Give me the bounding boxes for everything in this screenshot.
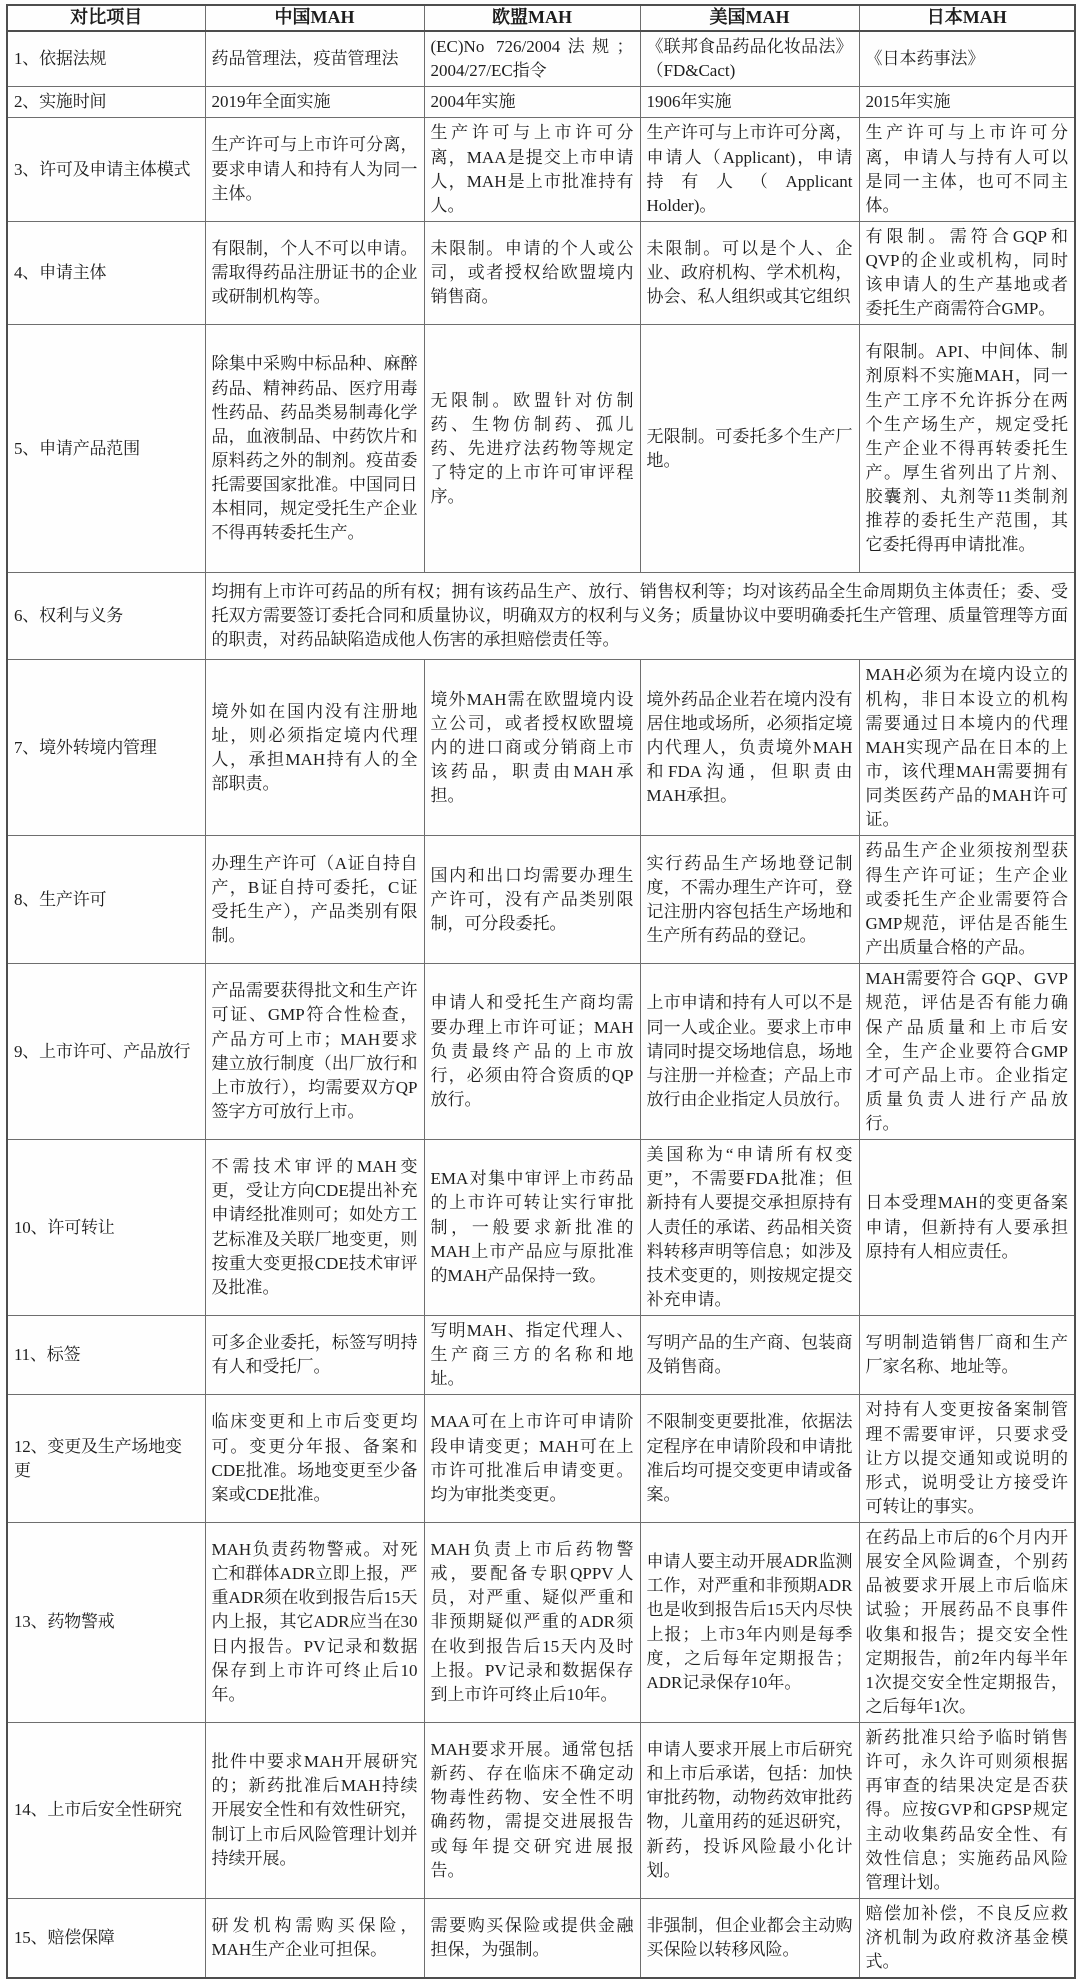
table-row: 13、药物警戒MAH负责药物警戒。对死亡和群体ADR立即上报，严重ADR须在收到… <box>7 1523 1075 1723</box>
cell-eu: 需要购买保险或提供金融担保，为强制。 <box>424 1898 640 1978</box>
cell-eu: 无限制。欧盟针对仿制药、生物仿制药、孤儿药、先进疗法药物等规定了特定的上市许可审… <box>424 325 640 573</box>
cell-japan: 《日本药事法》 <box>859 31 1075 87</box>
cell-china: 办理生产许可（A证自持自产，B证自持可委托，C证受托生产），产品类别有限制。 <box>205 836 424 964</box>
table-row: 9、上市许可、产品放行产品需要获得批文和生产许可证、GMP符合性检查，产品方可上… <box>7 964 1075 1140</box>
item-label: 9、上市许可、产品放行 <box>7 964 205 1140</box>
cell-eu: 写明MAH、指定代理人、生产商三方的名称和地址。 <box>424 1316 640 1395</box>
cell-all-regions: 均拥有上市许可药品的所有权；拥有该药品生产、放行、销售权利等；均对该药品全生命周… <box>205 573 1075 660</box>
cell-us: 境外药品企业若在境内没有居住地或场所，必须指定境内代理人，负责境外MAH和FDA… <box>640 660 859 836</box>
table-row: 14、上市后安全性研究批件中要求MAH开展研究的；新药批准后MAH持续开展安全性… <box>7 1723 1075 1899</box>
cell-china: MAH负责药物警戒。对死亡和群体ADR立即上报，严重ADR须在收到报告后15天内… <box>205 1523 424 1723</box>
cell-china: 研发机构需购买保险，MAH生产企业可担保。 <box>205 1898 424 1978</box>
table-row: 6、权利与义务均拥有上市许可药品的所有权；拥有该药品生产、放行、销售权利等；均对… <box>7 573 1075 660</box>
table-row: 3、许可及申请主体模式生产许可与上市许可分离，要求申请人和持有人为同一主体。生产… <box>7 118 1075 222</box>
cell-eu: 生产许可与上市许可分离，MAA是提交上市申请人，MAH是上市批准持有人。 <box>424 118 640 222</box>
header-eu: 欧盟MAH <box>424 5 640 31</box>
item-label: 5、申请产品范围 <box>7 325 205 573</box>
cell-eu: MAH要求开展。通常包括新药、存在临床不确定动物毒性药物、安全性不明确药物，需提… <box>424 1723 640 1899</box>
cell-japan: 药品生产企业须按剂型获得生产许可证；生产企业或委托生产企业需要符合GMP规范，评… <box>859 836 1075 964</box>
cell-china: 除集中采购中标品种、麻醉药品、精神药品、医疗用毒性药品、药品类易制毒化学品，血液… <box>205 325 424 573</box>
cell-eu: 境外MAH需在欧盟境内设立公司，或者授权欧盟境内的进口商或分销商上市该药品，职责… <box>424 660 640 836</box>
cell-us: 上市申请和持有人可以不是同一人或企业。要求上市申请同时提交场地信息，场地与注册一… <box>640 964 859 1140</box>
cell-china: 境外如在国内没有注册地址，则必须指定境内代理人，承担MAH持有人的全部职责。 <box>205 660 424 836</box>
header-row: 对比项目中国MAH欧盟MAH美国MAH日本MAH <box>7 5 1075 31</box>
cell-eu: 国内和出口均需要办理生产许可，没有产品类别限制，可分段委托。 <box>424 836 640 964</box>
item-label: 3、许可及申请主体模式 <box>7 118 205 222</box>
item-label: 7、境外转境内管理 <box>7 660 205 836</box>
table-row: 11、标签可多企业委托，标签写明持有人和受托厂。写明MAH、指定代理人、生产商三… <box>7 1316 1075 1395</box>
cell-us: 未限制。可以是个人、企业、政府机构、学术机构，协会、私人组织或其它组织 <box>640 221 859 325</box>
cell-japan: 2015年实施 <box>859 87 1075 118</box>
cell-china: 批件中要求MAH开展研究的；新药批准后MAH持续开展安全性和有效性研究，制订上市… <box>205 1723 424 1899</box>
cell-japan: 新药批准只给予临时销售许可，永久许可则须根据再审查的结果决定是否获得。应按GVP… <box>859 1723 1075 1899</box>
item-label: 6、权利与义务 <box>7 573 205 660</box>
cell-us: 申请人要求开展上市后研究和上市后承诺，包括：加快审批药物，动物药效审批药物，儿童… <box>640 1723 859 1899</box>
cell-japan: 对持有人变更按备案制管理不需要审评，只要求受让方以提交通知或说明的形式，说明受让… <box>859 1395 1075 1523</box>
cell-us: 《联邦食品药品化妆品法》（FD&Cact) <box>640 31 859 87</box>
cell-japan: MAH必须为在境内设立的机构，非日本设立的机构需要通过日本境内的代理MAH实现产… <box>859 660 1075 836</box>
table-row: 2、实施时间2019年全面实施2004年实施1906年实施2015年实施 <box>7 87 1075 118</box>
cell-eu: 2004年实施 <box>424 87 640 118</box>
table-row: 10、许可转让不需技术审评的MAH变更，受让方向CDE提出补充申请经批准则可；如… <box>7 1140 1075 1316</box>
cell-us: 美国称为“申请所有权变更”，不需要FDA批准；但新持有人要提交承担原持有人责任的… <box>640 1140 859 1316</box>
table-row: 5、申请产品范围除集中采购中标品种、麻醉药品、精神药品、医疗用毒性药品、药品类易… <box>7 325 1075 573</box>
item-label: 14、上市后安全性研究 <box>7 1723 205 1899</box>
item-label: 1、依据法规 <box>7 31 205 87</box>
cell-japan: MAH需要符合 GQP、GVP规范，评估是否有能力确保产品质量和上市后安全，生产… <box>859 964 1075 1140</box>
cell-eu: MAA可在上市许可申请阶段申请变更；MAH可在上市许可批准后申请变更。均为审批类… <box>424 1395 640 1523</box>
table-row: 7、境外转境内管理境外如在国内没有注册地址，则必须指定境内代理人，承担MAH持有… <box>7 660 1075 836</box>
table-row: 12、变更及生产场地变更临床变更和上市后变更均可。变更分年报、备案和CDE批准。… <box>7 1395 1075 1523</box>
cell-us: 1906年实施 <box>640 87 859 118</box>
cell-china: 可多企业委托，标签写明持有人和受托厂。 <box>205 1316 424 1395</box>
cell-eu: MAH负责上市后药物警戒，要配备专职QPPV人员，对严重、疑似严重和非预期疑似严… <box>424 1523 640 1723</box>
cell-china: 生产许可与上市许可分离，要求申请人和持有人为同一主体。 <box>205 118 424 222</box>
cell-eu: 未限制。申请的个人或公司，或者授权给欧盟境内销售商。 <box>424 221 640 325</box>
item-label: 8、生产许可 <box>7 836 205 964</box>
cell-eu: 申请人和受托生产商均需要办理上市许可证；MAH负责最终产品的上市放行，必须由符合… <box>424 964 640 1140</box>
cell-eu: EMA对集中审评上市药品的上市许可转让实行审批制，一般要求新批准的MAH上市产品… <box>424 1140 640 1316</box>
table-row: 15、赔偿保障研发机构需购买保险，MAH生产企业可担保。需要购买保险或提供金融担… <box>7 1898 1075 1978</box>
header-japan: 日本MAH <box>859 5 1075 31</box>
item-label: 15、赔偿保障 <box>7 1898 205 1978</box>
cell-japan: 生产许可与上市许可分离，申请人与持有人可以是同一主体，也可不同主体。 <box>859 118 1075 222</box>
cell-us: 生产许可与上市许可分离，申请人（Applicant)，申请持有人（Applica… <box>640 118 859 222</box>
cell-eu: (EC)No 726/2004法规；2004/27/EC指令 <box>424 31 640 87</box>
cell-japan: 在药品上市后的6个月内开展安全风险调查，个别药品被要求开展上市后临床试验；开展药… <box>859 1523 1075 1723</box>
mah-comparison-table: 对比项目中国MAH欧盟MAH美国MAH日本MAH 1、依据法规药品管理法，疫苗管… <box>6 4 1076 1979</box>
cell-china: 产品需要获得批文和生产许可证、GMP符合性检查，产品方可上市；MAH要求建立放行… <box>205 964 424 1140</box>
table-row: 4、申请主体有限制，个人不可以申请。需取得药品注册证书的企业或研制机构等。未限制… <box>7 221 1075 325</box>
cell-china: 有限制，个人不可以申请。需取得药品注册证书的企业或研制机构等。 <box>205 221 424 325</box>
cell-japan: 有限制。需符合GQP和QVP的企业或机构，同时该申请人的生产基地或者委托生产商需… <box>859 221 1075 325</box>
cell-japan: 日本受理MAH的变更备案申请，但新持有人要承担原持有人相应责任。 <box>859 1140 1075 1316</box>
cell-us: 写明产品的生产商、包装商及销售商。 <box>640 1316 859 1395</box>
header-us: 美国MAH <box>640 5 859 31</box>
cell-china: 临床变更和上市后变更均可。变更分年报、备案和CDE批准。场地变更至少备案或CDE… <box>205 1395 424 1523</box>
cell-us: 非强制，但企业都会主动购买保险以转移风险。 <box>640 1898 859 1978</box>
table-row: 8、生产许可办理生产许可（A证自持自产，B证自持可委托，C证受托生产），产品类别… <box>7 836 1075 964</box>
cell-china: 不需技术审评的MAH变更，受让方向CDE提出补充申请经批准则可；如处方工艺标准及… <box>205 1140 424 1316</box>
cell-us: 申请人要主动开展ADR监测工作，对严重和非预期ADR也是收到报告后15天内尽快上… <box>640 1523 859 1723</box>
cell-china: 2019年全面实施 <box>205 87 424 118</box>
item-label: 2、实施时间 <box>7 87 205 118</box>
cell-china: 药品管理法，疫苗管理法 <box>205 31 424 87</box>
cell-us: 无限制。可委托多个生产厂地。 <box>640 325 859 573</box>
table-header: 对比项目中国MAH欧盟MAH美国MAH日本MAH <box>7 5 1075 31</box>
cell-us: 实行药品生产场地登记制度，不需办理生产许可，登记注册内容包括生产场地和生产所有药… <box>640 836 859 964</box>
cell-japan: 写明制造销售厂商和生产厂家名称、地址等。 <box>859 1316 1075 1395</box>
cell-us: 不限制变更要批准，依据法定程序在申请阶段和申请批准后均可提交变更申请或备案。 <box>640 1395 859 1523</box>
cell-japan: 赔偿加补偿，不良反应救济机制为政府救济基金模式。 <box>859 1898 1075 1978</box>
item-label: 11、标签 <box>7 1316 205 1395</box>
item-label: 12、变更及生产场地变更 <box>7 1395 205 1523</box>
cell-japan: 有限制。API、中间体、制剂原料不实施MAH，同一生产工序不允许拆分在两个生产场… <box>859 325 1075 573</box>
item-label: 4、申请主体 <box>7 221 205 325</box>
item-label: 13、药物警戒 <box>7 1523 205 1723</box>
header-item-column: 对比项目 <box>7 5 205 31</box>
header-china: 中国MAH <box>205 5 424 31</box>
document-page: 对比项目中国MAH欧盟MAH美国MAH日本MAH 1、依据法规药品管理法，疫苗管… <box>0 0 1080 1979</box>
item-label: 10、许可转让 <box>7 1140 205 1316</box>
table-row: 1、依据法规药品管理法，疫苗管理法(EC)No 726/2004法规；2004/… <box>7 31 1075 87</box>
